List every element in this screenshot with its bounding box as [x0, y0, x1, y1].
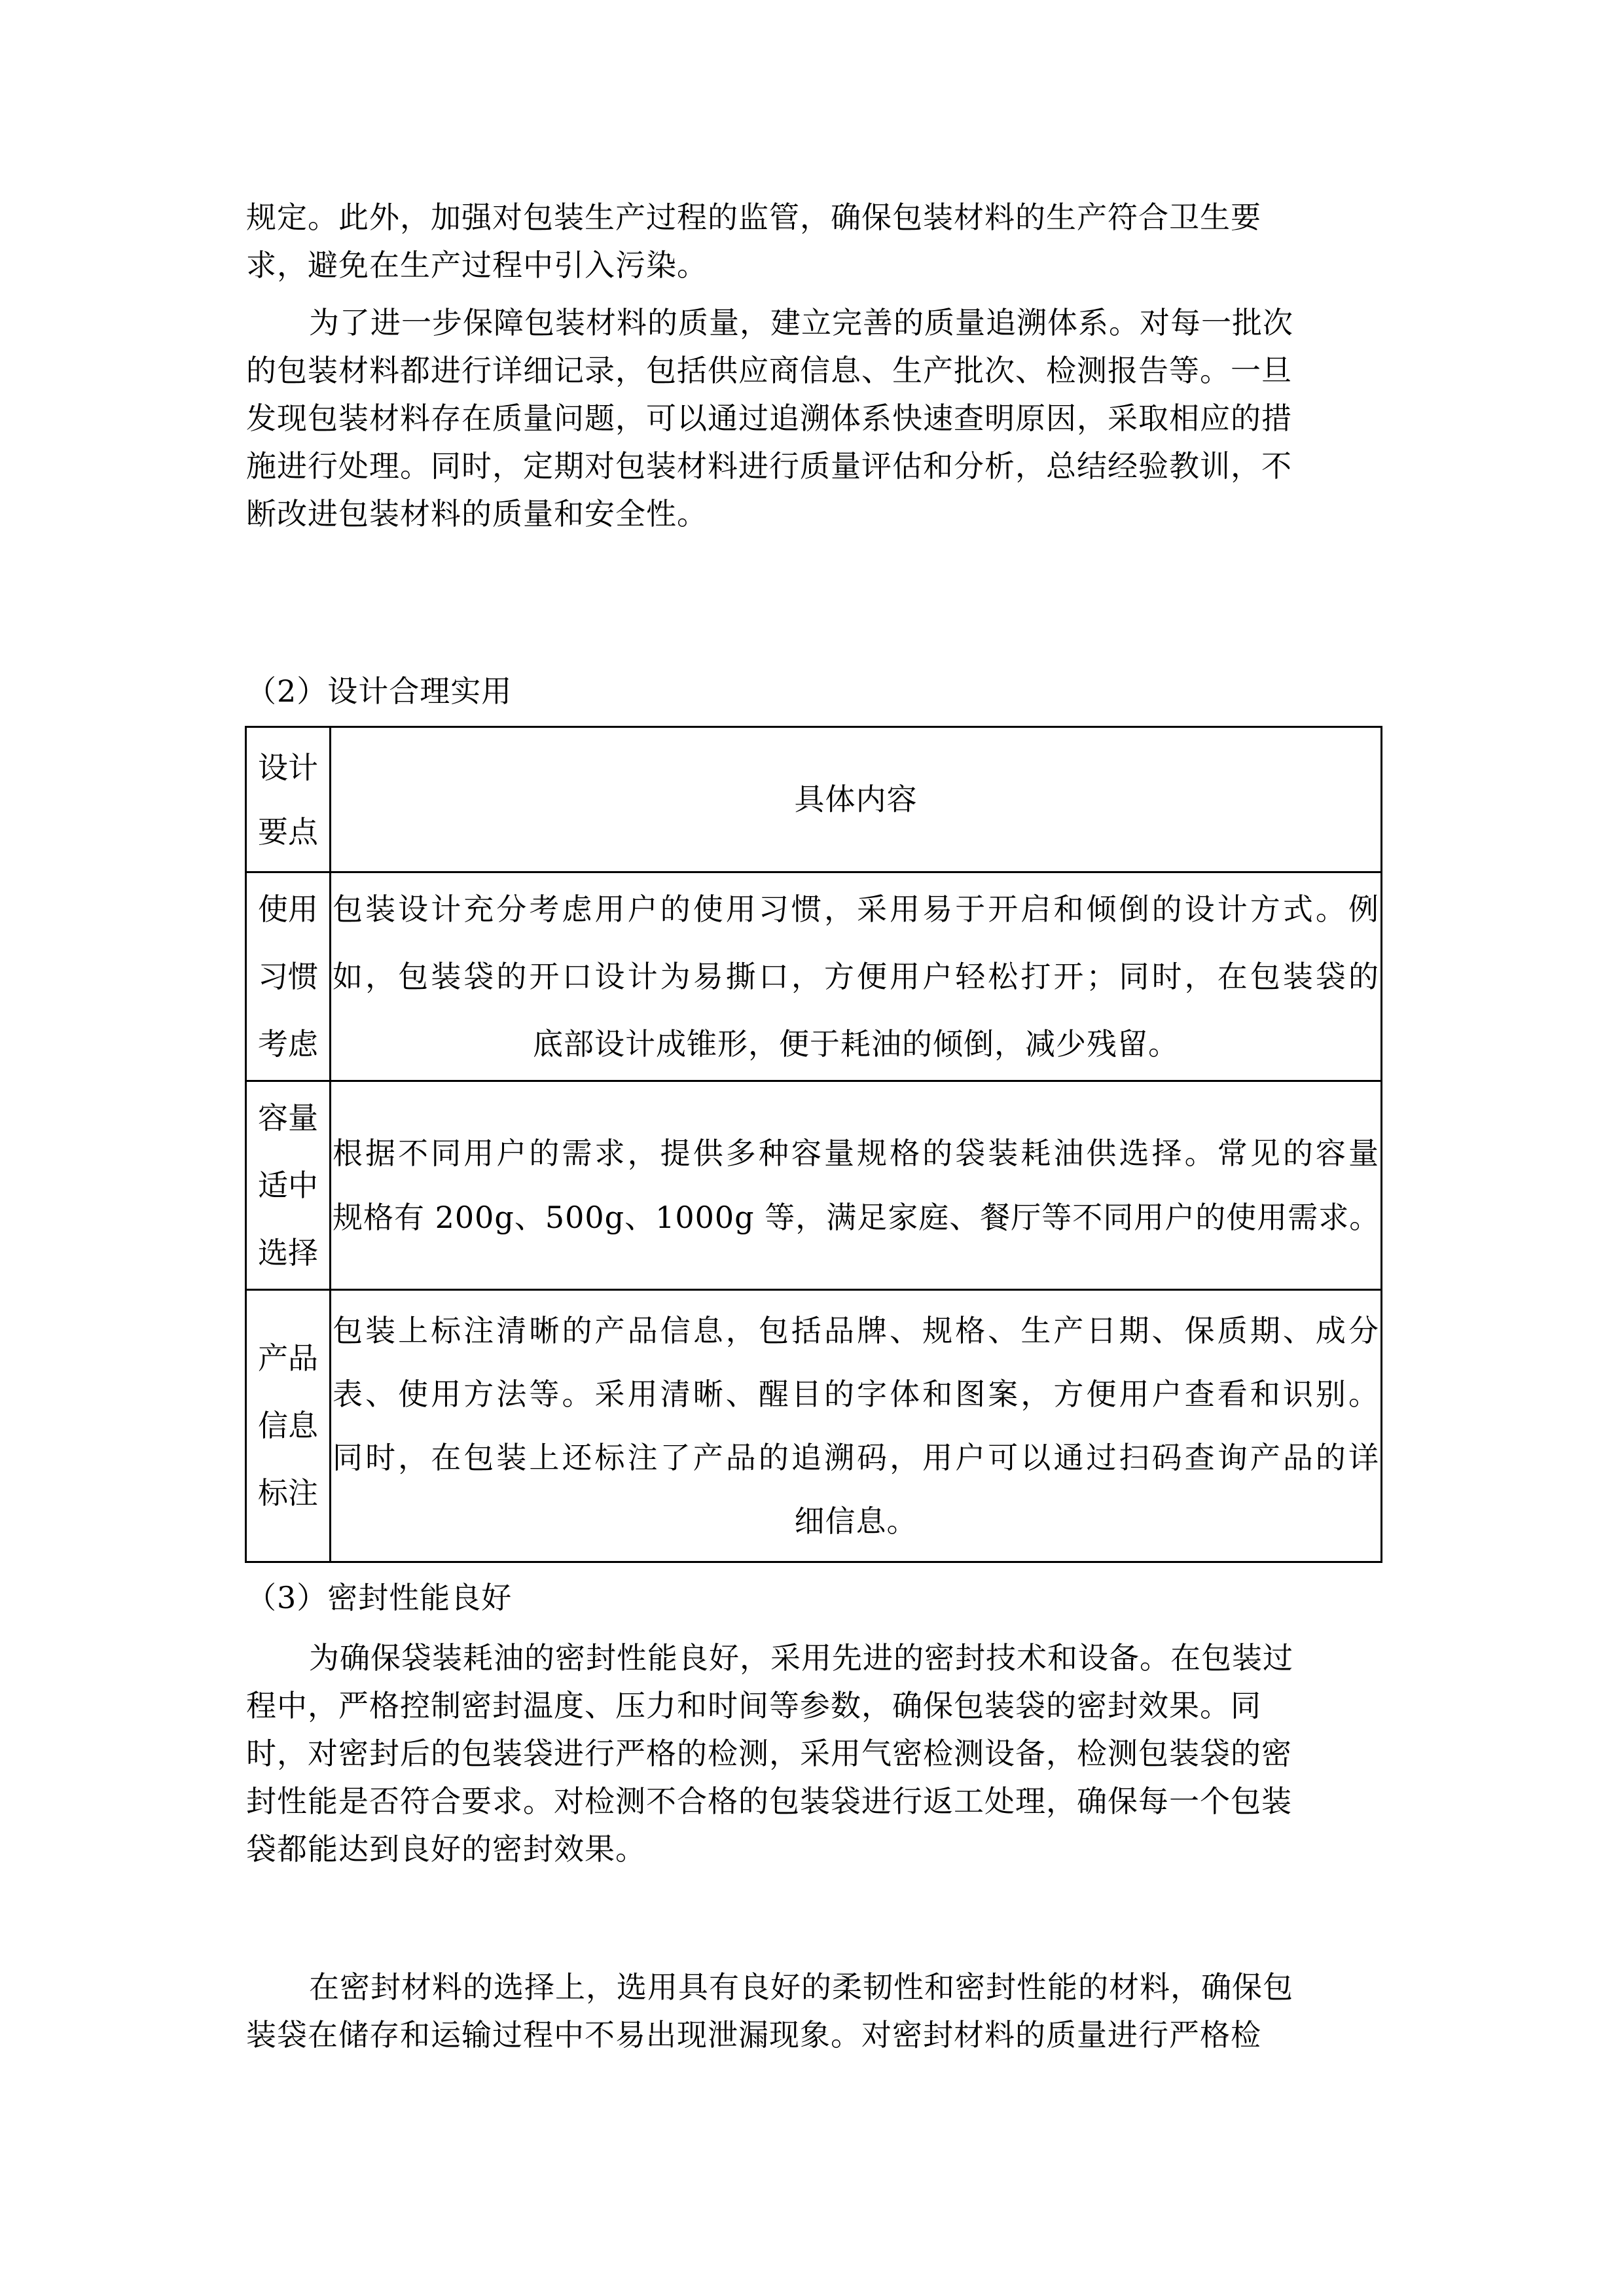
row-key-cell: 容量 适中 选择 [246, 1081, 331, 1290]
header-key-cell: 设计 要点 [246, 727, 331, 872]
row-key-line: 标注 [247, 1469, 329, 1517]
text-line: 为确保袋装耗油的密封性能良好，采用先进的密封技术和设备。在包装过 [246, 1634, 1380, 1682]
text-line: 规格有 200g、500g、1000g 等，满足家庭、餐厅等不同用户的使用需求。 [331, 1185, 1380, 1249]
row-key-cell: 使用 习惯 考虑 [246, 872, 331, 1081]
text-line: 为了进一步保障包装材料的质量，建立完善的质量追溯体系。对每一批次 [246, 299, 1380, 347]
text-line: 袋都能达到良好的密封效果。 [246, 1825, 1380, 1873]
table-row: 使用 习惯 考虑 包装设计充分考虑用户的使用习惯，采用易于开启和倾倒的设计方式。… [246, 872, 1382, 1081]
text-line: 如，包装袋的开口设计为易撕口，方便用户轻松打开；同时，在包装袋的 [331, 943, 1380, 1011]
sealing-paragraph-1: 为确保袋装耗油的密封性能良好，采用先进的密封技术和设备。在包装过 程中，严格控制… [246, 1634, 1380, 1873]
table-row: 容量 适中 选择 根据不同用户的需求，提供多种容量规格的袋装耗油供选择。常见的容… [246, 1081, 1382, 1290]
row-key-line: 信息 [247, 1402, 329, 1450]
section-heading: （2）设计合理实用 [246, 668, 1380, 715]
traceability-paragraph: 为了进一步保障包装材料的质量，建立完善的质量追溯体系。对每一批次 的包装材料都进… [246, 299, 1380, 538]
text-line: 封性能是否符合要求。对检测不合格的包装袋进行返工处理，确保每一个包装 [246, 1778, 1380, 1825]
text-line: 同时，在包装上还标注了产品的追溯码，用户可以通过扫码查询产品的详 [331, 1426, 1380, 1490]
text-line: 的包装材料都进行详细记录，包括供应商信息、生产批次、检测报告等。一旦 [246, 347, 1380, 395]
row-key-line: 容量 [247, 1094, 329, 1142]
section-heading: （3）密封性能良好 [246, 1574, 1380, 1622]
text-line: 表、使用方法等。采用清晰、醒目的字体和图案，方便用户查看和识别。 [331, 1363, 1380, 1426]
row-key-line: 习惯 [247, 953, 329, 1001]
text-line: 规定。此外，加强对包装生产过程的监管，确保包装材料的生产符合卫生要 [246, 194, 1380, 242]
text-line: 包装设计充分考虑用户的使用习惯，采用易于开启和倾倒的设计方式。例 [331, 876, 1380, 943]
text-line: 施进行处理。同时，定期对包装材料进行质量评估和分析，总结经验教训，不 [246, 442, 1380, 490]
row-key-line: 使用 [247, 886, 329, 933]
table-row: 产品 信息 标注 包装上标注清晰的产品信息，包括品牌、规格、生产日期、保质期、成… [246, 1290, 1382, 1562]
text-line: 装袋在储存和运输过程中不易出现泄漏现象。对密封材料的质量进行严格检 [246, 2011, 1380, 2059]
row-key-line: 考虑 [247, 1020, 329, 1068]
section-heading-sealing: （3）密封性能良好 [246, 1574, 1380, 1622]
row-content-cell: 包装设计充分考虑用户的使用习惯，采用易于开启和倾倒的设计方式。例 如，包装袋的开… [331, 872, 1382, 1081]
text-line: 发现包装材料存在质量问题，可以通过追溯体系快速查明原因，采取相应的措 [246, 395, 1380, 442]
header-key-line: 要点 [247, 808, 329, 856]
intro-paragraph-continued: 规定。此外，加强对包装生产过程的监管，确保包装材料的生产符合卫生要 求，避免在生… [246, 194, 1380, 289]
section-heading-design: （2）设计合理实用 [246, 668, 1380, 715]
text-line: 包装上标注清晰的产品信息，包括品牌、规格、生产日期、保质期、成分 [331, 1299, 1380, 1363]
row-content-cell: 根据不同用户的需求，提供多种容量规格的袋装耗油供选择。常见的容量 规格有 200… [331, 1081, 1382, 1290]
design-points-table: 设计 要点 具体内容 使用 习惯 考虑 包装设计充分考虑用户的使用习惯，采用易于… [245, 726, 1382, 1563]
text-line: 细信息。 [331, 1490, 1380, 1553]
table-header-row: 设计 要点 具体内容 [246, 727, 1382, 872]
row-content-cell: 包装上标注清晰的产品信息，包括品牌、规格、生产日期、保质期、成分 表、使用方法等… [331, 1290, 1382, 1562]
text-line: 根据不同用户的需求，提供多种容量规格的袋装耗油供选择。常见的容量 [331, 1121, 1380, 1185]
row-key-line: 产品 [247, 1335, 329, 1382]
text-line: 在密封材料的选择上，选用具有良好的柔韧性和密封性能的材料，确保包 [246, 1964, 1380, 2011]
sealing-paragraph-2: 在密封材料的选择上，选用具有良好的柔韧性和密封性能的材料，确保包 装袋在储存和运… [246, 1964, 1380, 2059]
row-key-line: 适中 [247, 1162, 329, 1210]
row-key-cell: 产品 信息 标注 [246, 1290, 331, 1562]
text-line: 求，避免在生产过程中引入污染。 [246, 242, 1380, 289]
text-line: 程中，严格控制密封温度、压力和时间等参数，确保包装袋的密封效果。同 [246, 1682, 1380, 1730]
header-key-line: 设计 [247, 744, 329, 792]
text-line: 底部设计成锥形，便于耗油的倾倒，减少残留。 [331, 1011, 1380, 1078]
header-content-cell: 具体内容 [331, 727, 1382, 872]
row-key-line: 选择 [247, 1229, 329, 1277]
text-line: 断改进包装材料的质量和安全性。 [246, 490, 1380, 538]
document-page: 规定。此外，加强对包装生产过程的监管，确保包装材料的生产符合卫生要 求，避免在生… [0, 0, 1624, 2296]
text-line: 时，对密封后的包装袋进行严格的检测，采用气密检测设备，检测包装袋的密 [246, 1730, 1380, 1778]
